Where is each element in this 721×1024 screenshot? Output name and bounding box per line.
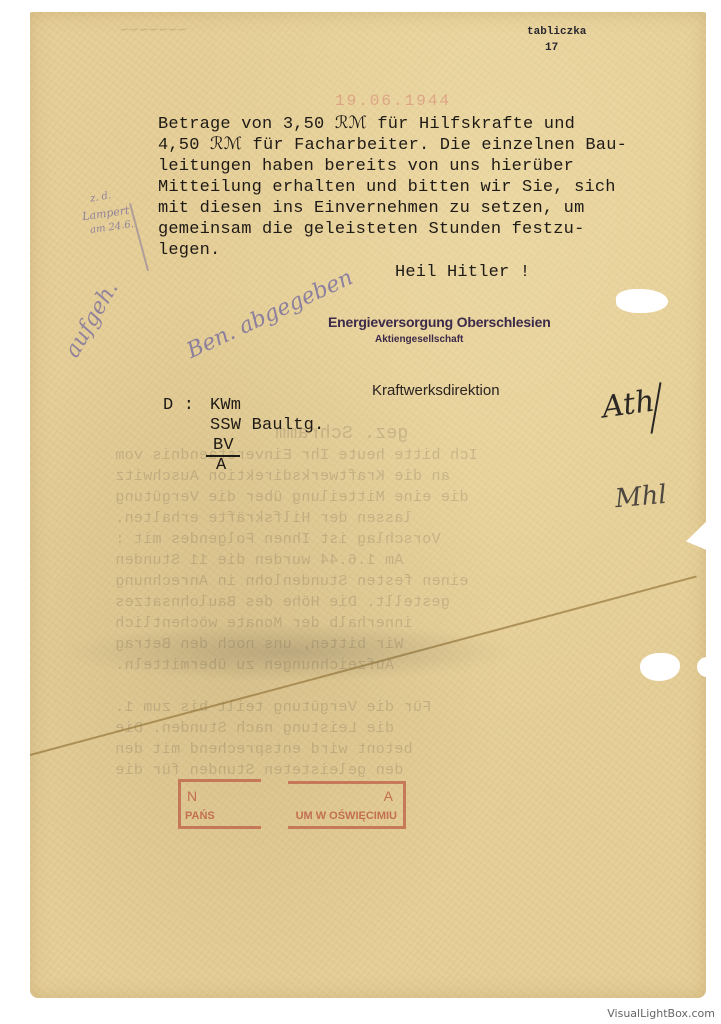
bleed-line: lassen der Hilfskräfte erhalten. xyxy=(115,509,413,529)
bleed-line: Vorschlag ist Ihnen Folgendes mit : xyxy=(115,530,441,550)
handwritten-note: am 24.6. xyxy=(89,219,134,236)
company-stamp-subtitle: Aktiengesellschaft xyxy=(375,334,463,345)
company-stamp-department: Kraftwerksdirektion xyxy=(372,382,500,399)
handwritten-note: aufgeh. xyxy=(60,277,124,362)
distribution-item: A xyxy=(216,455,226,476)
distribution-label: D : xyxy=(163,395,194,416)
archive-stamp-text: N xyxy=(187,788,197,804)
paper-hole xyxy=(640,653,680,681)
archive-stamp-right: A UM W OŚWIĘCIMIU xyxy=(288,781,406,829)
bleed-line: Am 1.6.44 wurden die 11 Stunden xyxy=(115,551,403,571)
body-line: 4,50 ℛℳ für Facharbeiter. Die einzelnen … xyxy=(158,135,627,156)
torn-edge xyxy=(686,512,716,554)
bleed-header: ~~~~~~~ xyxy=(120,22,187,40)
header-mark-number: 17 xyxy=(545,42,558,54)
paper-hole xyxy=(616,289,668,313)
body-line: Betrage von 3,50 ℛℳ für Hilfskrafte und xyxy=(158,114,575,135)
bleed-line: die eine Mitteilung über die Vergütung xyxy=(115,488,468,508)
handwritten-initials: Ath xyxy=(600,384,657,426)
body-line: mit diesen ins Einvernehmen zu setzen, u… xyxy=(158,198,584,219)
body-line: legen. xyxy=(158,240,220,261)
bleed-line: an die Kraftwerksdirektion Auschwitz xyxy=(115,467,450,487)
bleed-line: einen festen Stundenlohn in Anrechnung xyxy=(115,572,468,592)
handwritten-initials: Mhl xyxy=(614,480,668,514)
archive-stamp-text: A xyxy=(384,788,393,804)
bleed-line: gestellt. Die Höhe des Baulohnsatzes xyxy=(115,593,450,613)
date-stamp: 19.06.1944 xyxy=(335,92,451,110)
archive-stamp-text: PAŃS xyxy=(185,810,215,822)
company-stamp-name: Energieversorgung Oberschlesien xyxy=(328,314,551,330)
closing-salutation: Heil Hitler ! xyxy=(395,262,530,283)
archive-stamp-text: UM W OŚWIĘCIMIU xyxy=(296,810,397,822)
body-line: leitungen haben bereits von uns hierüber xyxy=(158,156,574,177)
distribution-item: BV xyxy=(213,435,234,456)
handwritten-note: z. d. xyxy=(89,190,112,205)
bleed-line: den geleisteten Stunden für die xyxy=(115,761,403,781)
smudge xyxy=(60,622,520,682)
body-line: Mitteilung erhalten und bitten wir Sie, … xyxy=(158,177,616,198)
paper-hole-edge xyxy=(697,657,717,677)
distribution-item: KWm xyxy=(210,395,241,416)
body-line: gemeinsam die geleisteten Stunden festzu… xyxy=(158,219,584,240)
archive-stamp-left: N PAŃS xyxy=(178,779,261,829)
bleed-line: betont wird entsprechend mit den xyxy=(115,740,413,760)
bleed-line: Für die Vergütung teilt bis zum 1. xyxy=(115,698,431,718)
distribution-item: SSW Baultg. xyxy=(210,415,324,436)
bleed-line: Ich bitte heute Ihr Einverstaendnis vom xyxy=(115,446,478,466)
pencil-stroke xyxy=(129,203,149,271)
watermark: VisualLightBox.com xyxy=(607,1007,715,1020)
document-page: ~~~~~~~ tabliczka 17 19.06.1944 gez. Sch… xyxy=(30,12,706,998)
header-mark: tabliczka xyxy=(527,26,586,38)
